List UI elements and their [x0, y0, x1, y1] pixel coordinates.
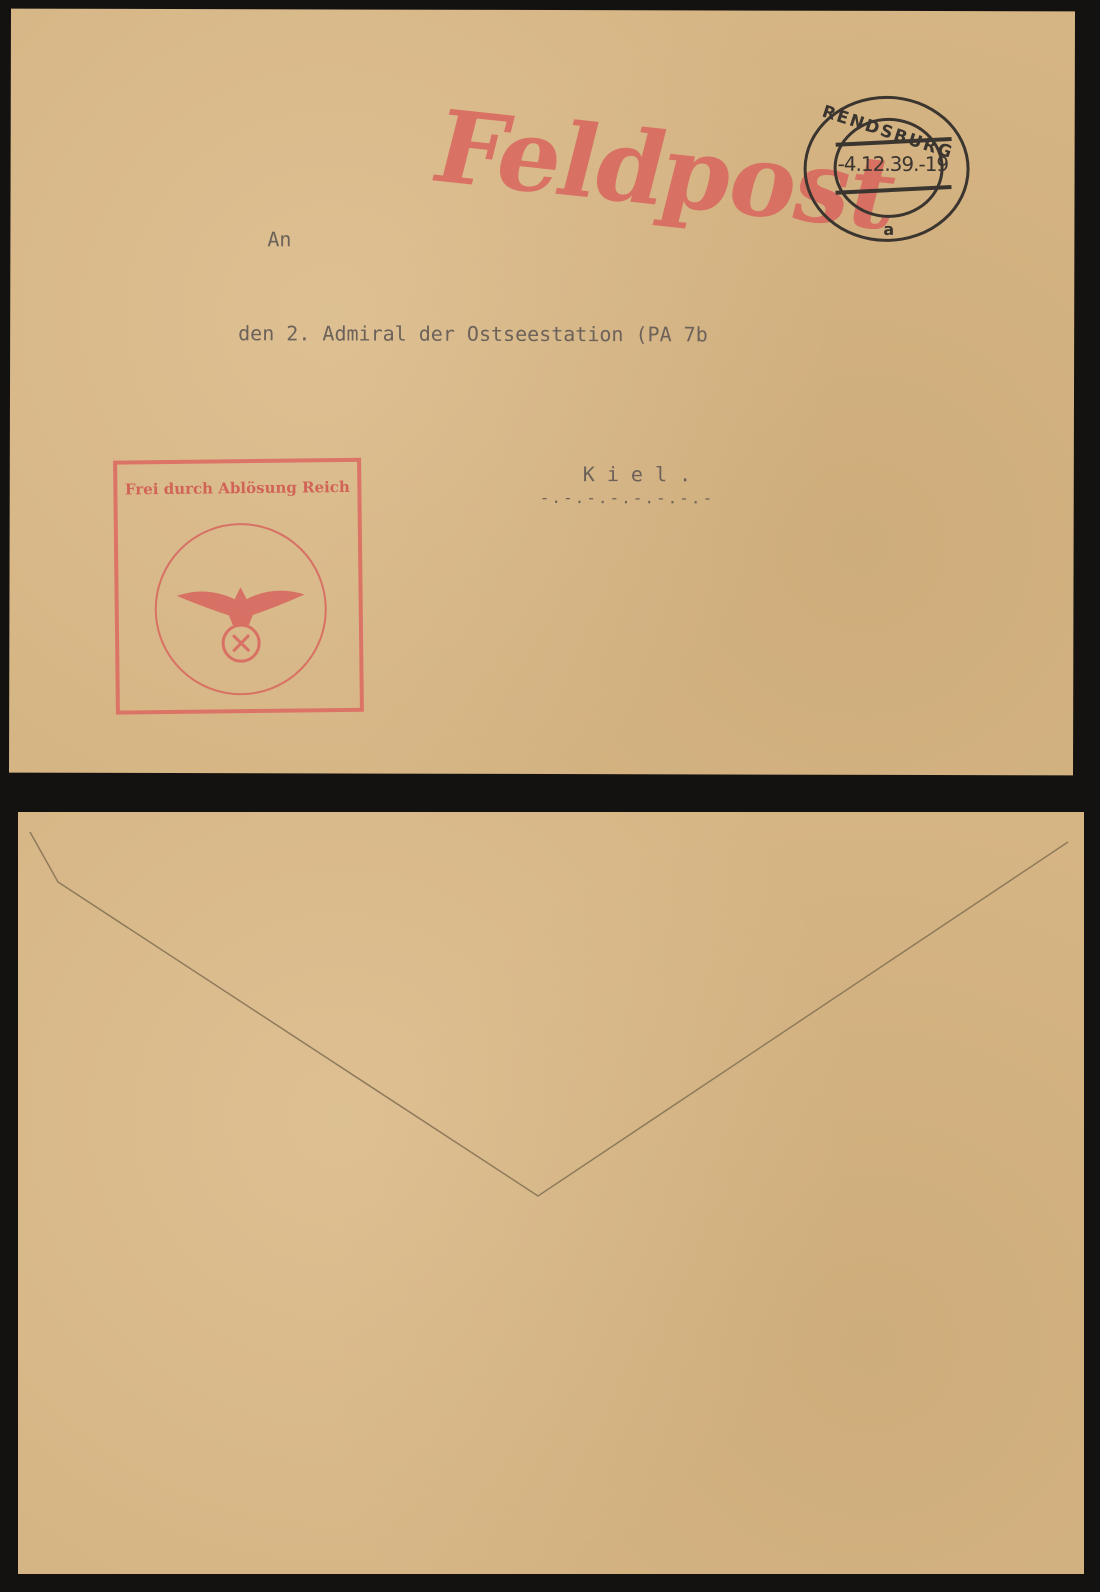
- envelope-flap-lines: [18, 812, 1084, 1574]
- official-stamp: Frei durch Ablösung Reich: [113, 458, 364, 715]
- postmark-sub-office: a: [883, 220, 894, 239]
- stamp-header: Frei durch Ablösung Reich: [117, 478, 357, 499]
- postmark-date: -4.12.39.-19: [838, 152, 949, 176]
- address-underline: -.-.-.-.-.-.-.-: [540, 488, 715, 507]
- rendsburg-postmark: RENDSBURG -4.12.39.-19 a: [803, 96, 979, 242]
- address-salutation: An: [267, 227, 291, 251]
- stamp-seal: [154, 522, 328, 696]
- address-city: K i e l .: [583, 462, 691, 486]
- eagle-icon: [156, 524, 326, 694]
- envelope-back: [18, 812, 1084, 1574]
- address-line1: den 2. Admiral der Ostseestation (PA 7b: [238, 321, 708, 346]
- envelope-front: Feldpost RENDSBURG -4.12.39.-19 a An den…: [9, 9, 1075, 776]
